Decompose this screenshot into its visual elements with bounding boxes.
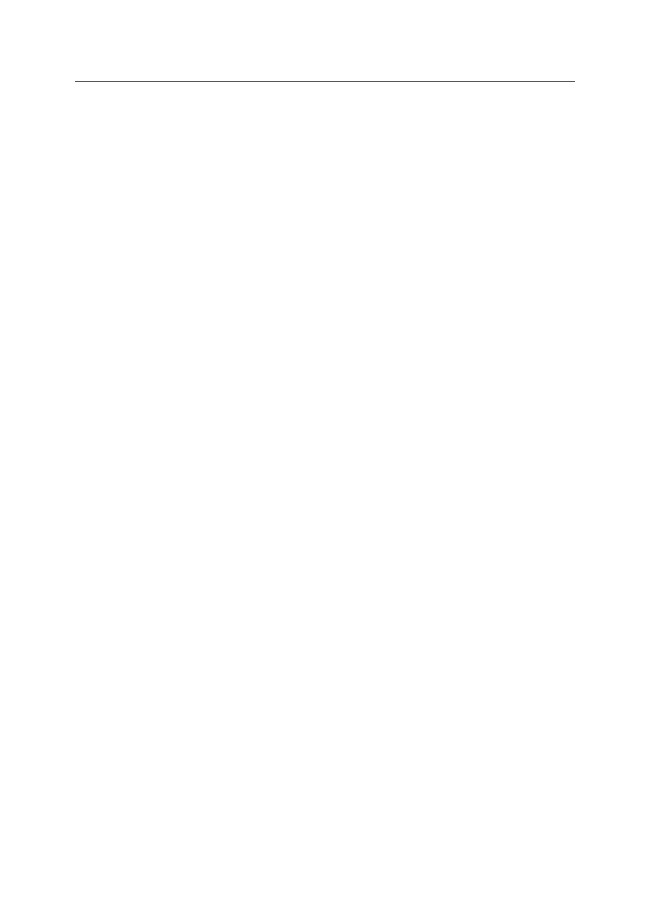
document-page (0, 0, 650, 920)
header-rule (75, 81, 575, 82)
